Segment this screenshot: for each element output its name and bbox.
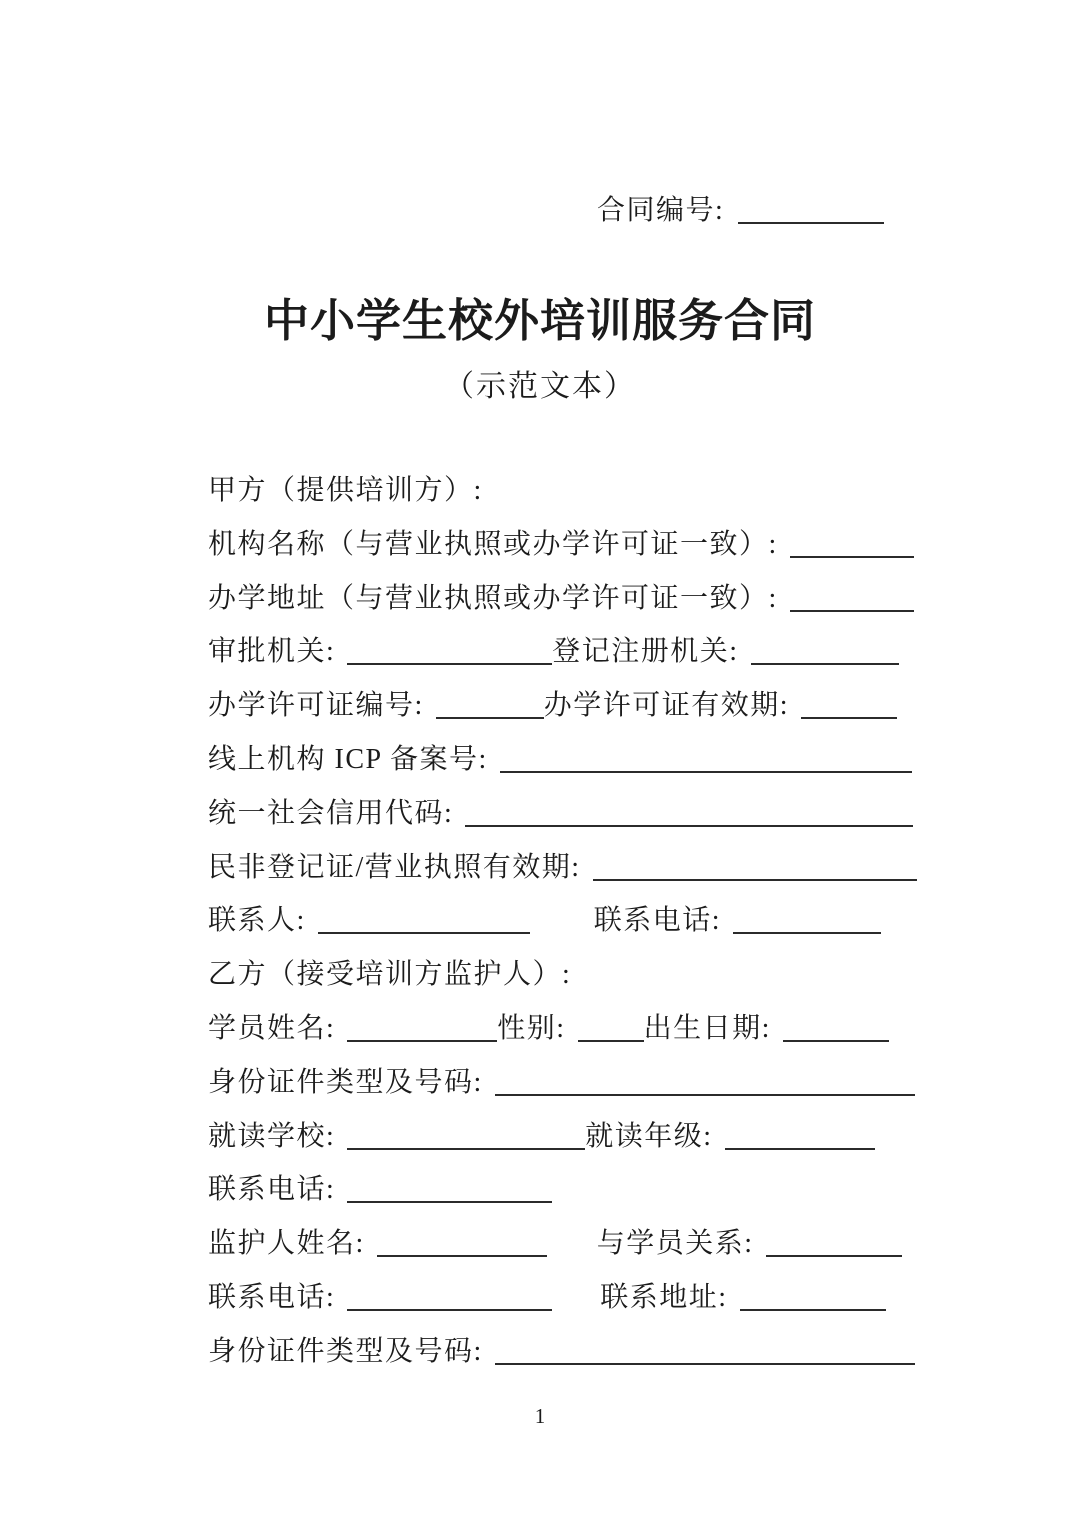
student-id-blank (495, 1066, 915, 1096)
guardian-id-label: 身份证件类型及号码: (208, 1336, 483, 1367)
contract-number-label: 合同编号: (597, 195, 724, 226)
license-number-label: 办学许可证有效期: (544, 690, 789, 721)
birth-date-blank (783, 1012, 889, 1042)
student-name-blank (347, 1012, 497, 1042)
line-guardian-phone: 联系电话:联系地址: (208, 1271, 924, 1325)
license-number-label: 办学许可证编号: (208, 690, 424, 721)
party-a-contact-label: 联系电话: (594, 905, 721, 936)
registration-validity-blank (593, 851, 917, 881)
school-blank (347, 1120, 585, 1150)
credit-code-label: 统一社会信用代码: (208, 798, 453, 829)
line-school: 就读学校:就读年级: (208, 1110, 924, 1164)
line-registration-validity: 民非登记证/营业执照有效期: (208, 841, 924, 895)
student-phone-label: 联系电话: (208, 1174, 335, 1205)
line-credit-code: 统一社会信用代码: (208, 787, 924, 841)
contract-number-line: 合同编号: (597, 188, 884, 228)
license-number-blank (436, 689, 544, 719)
line-guardian-id: 身份证件类型及号码: (208, 1325, 924, 1379)
credit-code-blank (465, 797, 913, 827)
guardian-phone-label: 联系地址: (600, 1282, 727, 1313)
guardian-name-label: 与学员关系: (597, 1228, 754, 1259)
line-org-name: 机构名称（与营业执照或办学许可证一致）: (208, 518, 924, 572)
party-b-heading-label: 乙方（接受培训方监护人）: (208, 959, 571, 990)
org-address-label: 办学地址（与营业执照或办学许可证一致）: (208, 583, 778, 614)
line-student-phone: 联系电话: (208, 1163, 924, 1217)
document-subtitle: （示范文本） (0, 361, 1080, 405)
student-id-label: 身份证件类型及号码: (208, 1067, 483, 1098)
party-a-contact-label: 联系人: (208, 905, 306, 936)
school-label: 就读年级: (585, 1121, 712, 1152)
line-icp-number: 线上机构 ICP 备案号: (208, 733, 924, 787)
registration-authority-blank (751, 635, 899, 665)
line-party-a-heading: 甲方（提供培训方）: (208, 464, 924, 518)
student-name-label: 学员姓名: (208, 1013, 335, 1044)
line-student-name: 学员姓名:性别:出生日期: (208, 1002, 924, 1056)
guardian-name-blank (377, 1227, 547, 1257)
student-name-label: 出生日期: (644, 1013, 771, 1044)
guardian-address-blank (740, 1281, 886, 1311)
approval-authority-label: 审批机关: (208, 636, 335, 667)
student-name-label: 性别: (497, 1013, 565, 1044)
relationship-blank (766, 1227, 902, 1257)
org-name-label: 机构名称（与营业执照或办学许可证一致）: (208, 529, 778, 560)
line-org-address: 办学地址（与营业执照或办学许可证一致）: (208, 572, 924, 626)
party-a-heading-label: 甲方（提供培训方）: (208, 475, 483, 506)
icp-number-label: 线上机构 ICP 备案号: (208, 744, 488, 775)
registration-validity-label: 民非登记证/营业执照有效期: (208, 852, 581, 883)
contact-person-blank (318, 904, 530, 934)
line-party-b-heading: 乙方（接受培训方监护人）: (208, 948, 924, 1002)
org-name-blank (790, 528, 914, 558)
line-license-number: 办学许可证编号:办学许可证有效期: (208, 679, 924, 733)
guardian-name-label: 监护人姓名: (208, 1228, 365, 1259)
document-title: 中小学生校外培训服务合同 (0, 284, 1080, 349)
gender-blank (578, 1012, 644, 1042)
approval-authority-blank (347, 635, 552, 665)
form-body: 甲方（提供培训方）:机构名称（与营业执照或办学许可证一致）:办学地址（与营业执照… (208, 464, 924, 1379)
org-address-blank (790, 582, 914, 612)
grade-blank (725, 1120, 875, 1150)
guardian-phone-blank (347, 1281, 552, 1311)
approval-authority-label: 登记注册机关: (552, 636, 738, 667)
student-phone-blank (347, 1173, 552, 1203)
guardian-id-blank (495, 1335, 915, 1365)
license-validity-blank (801, 689, 897, 719)
line-approval-authority: 审批机关:登记注册机关: (208, 625, 924, 679)
contract-number-blank (738, 194, 884, 224)
contract-document-page: 合同编号: 中小学生校外培训服务合同 （示范文本） 甲方（提供培训方）:机构名称… (0, 0, 1080, 1528)
page-number: 1 (0, 1404, 1080, 1429)
guardian-phone-label: 联系电话: (208, 1282, 335, 1313)
line-student-id: 身份证件类型及号码: (208, 1056, 924, 1110)
line-party-a-contact: 联系人:联系电话: (208, 894, 924, 948)
icp-number-blank (500, 743, 912, 773)
school-label: 就读学校: (208, 1121, 335, 1152)
contact-phone-blank (733, 904, 881, 934)
line-guardian-name: 监护人姓名:与学员关系: (208, 1217, 924, 1271)
